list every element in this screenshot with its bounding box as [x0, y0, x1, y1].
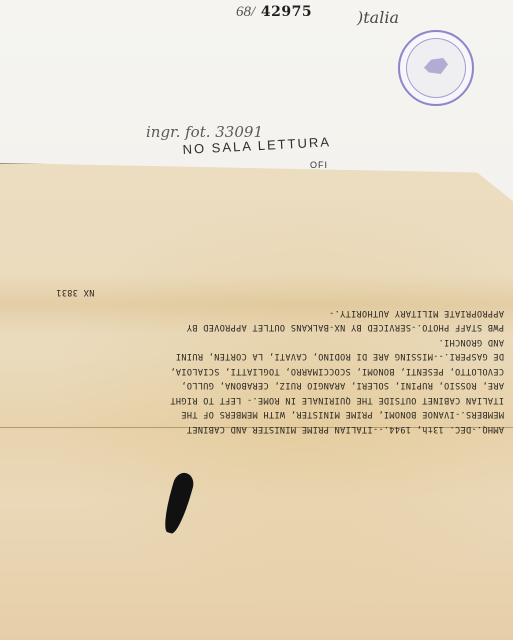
archive-number-value: 42975 [261, 4, 312, 20]
caption-line: CEVOLOTTO, PESENTI, BONOMI, SCOCCIMARRO,… [54, 364, 504, 379]
archive-prefix: 68/ [236, 4, 255, 20]
stamp-emblem-icon [424, 58, 448, 74]
archive-stamp [398, 30, 474, 106]
caption-footer-line: APPROPRIATE MILITARY AUTHORITY.- [54, 306, 504, 321]
caption-ref-number: NX 3831 [54, 285, 504, 300]
caption-line: DE GASPERI.--MISSING ARE DI RODINO, CAVA… [54, 349, 504, 364]
caption-line: MEMBERS.-IVANOE BONOMI, PRIME MINISTER, … [54, 407, 504, 422]
archive-number: 68/ 42975 [236, 4, 312, 21]
caption-footer-line: PWB STAFF PHOTO.-SERVICED BY NX-BALKANS … [54, 320, 504, 335]
typed-caption-upside-down: AMHQ.-DEC. 13th, 1944.--ITALIAN PRIME MI… [54, 285, 504, 436]
country-handwritten-note: )talia [357, 8, 399, 27]
caption-line: ITALIAN CABINET OUTSIDE THE QUIRINALE IN… [54, 393, 504, 408]
reading-room-stamp-sub: OFI [310, 160, 328, 170]
caption-line: AMHQ.-DEC. 13th, 1944.--ITALIAN PRIME MI… [54, 422, 504, 437]
caption-line: AND GRONCHI. [54, 335, 504, 350]
caption-line: ARE, ROSSIO, RUPINI, SOLERI, ARANGIO RUI… [54, 378, 504, 393]
photo-back-sheet: 68/ 42975 )talia ingr. fot. 33091 NO SAL… [0, 0, 513, 640]
